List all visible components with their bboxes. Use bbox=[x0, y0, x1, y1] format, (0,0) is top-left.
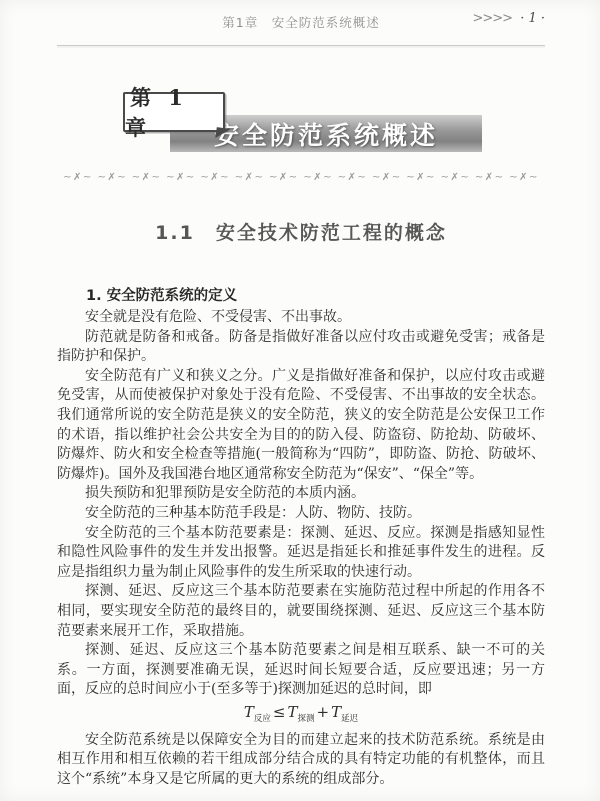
formula-term-reaction: T bbox=[244, 703, 254, 721]
body-paragraph: 防范就是防备和戒备。防备是指做好准备以应付攻击或避免受害；戒备是指防护和保护。 bbox=[57, 328, 545, 367]
chapter-title: 安全防范系统概述 bbox=[214, 116, 438, 152]
page-marker-arrows-icon: >>>> bbox=[472, 11, 512, 26]
book-page: 第1章 安全防范系统概述 >>>> · 1 · 第 1 章 安全防范系统概述 ~… bbox=[0, 0, 600, 801]
chapter-number-label: 第 1 章 bbox=[125, 82, 223, 142]
formula-term-detection: T bbox=[287, 703, 297, 721]
chapter-tab-tail-shape bbox=[215, 127, 230, 140]
formula-relation: ≤ bbox=[273, 703, 286, 721]
page-number: · 1 · bbox=[520, 11, 545, 26]
body-text: 安全就是没有危险、不受侵害、不出事故。 防范就是防备和戒备。防备是指做好准备以应… bbox=[57, 308, 545, 790]
section-title: 1.1 安全技术防范工程的概念 bbox=[57, 218, 545, 245]
running-header-page-marker: >>>> · 1 · bbox=[472, 11, 545, 26]
formula-operator: + bbox=[317, 703, 330, 721]
formula-subscript-reaction: 反应 bbox=[254, 714, 271, 724]
body-paragraph: 安全防范有广义和狭义之分。广义是指做好准备和保护，以应付攻击或避免受害，从而使被… bbox=[57, 367, 545, 485]
body-paragraph: 安全防范的三个基本防范要素是：探测、延迟、反应。探测是指感知显性和隐性风险事件的… bbox=[57, 524, 545, 583]
formula: T反应≤T探测+T延迟 bbox=[57, 702, 545, 730]
body-paragraph: 探测、延迟、反应这三个基本防范要素之间是相互联系、缺一不可的关系。一方面，探测要… bbox=[57, 641, 545, 700]
chapter-number-tab: 第 1 章 bbox=[123, 92, 225, 132]
formula-subscript-detection: 探测 bbox=[298, 714, 315, 724]
subsection-heading: 1. 安全防范系统的定义 bbox=[57, 284, 545, 305]
chapter-heading: 第 1 章 安全防范系统概述 bbox=[57, 90, 545, 154]
formula-term-delay: T bbox=[331, 703, 341, 721]
ornament-divider: ~✗~ ~✗~ ~✗~ ~✗~ ~✗~ ~✗~ ~✗~ ~✗~ ~✗~ ~✗~ … bbox=[37, 172, 565, 183]
body-paragraph: 探测、延迟、反应这三个基本防范要素在实施防范过程中所起的作用各不相同，要实现安全… bbox=[57, 582, 545, 641]
running-header: 第1章 安全防范系统概述 >>>> · 1 · bbox=[57, 0, 545, 46]
body-paragraph: 安全防范的三种基本防范手段是：人防、物防、技防。 bbox=[57, 504, 545, 524]
closing-paragraph: 安全防范系统是以保障安全为目的而建立起来的技术防范系统。系统是由相互作用和相互依… bbox=[57, 731, 545, 790]
body-paragraph: 损失预防和犯罪预防是安全防范的本质内涵。 bbox=[57, 484, 545, 504]
body-paragraph: 安全就是没有危险、不受侵害、不出事故。 bbox=[57, 308, 545, 328]
formula-subscript-delay: 延迟 bbox=[341, 714, 358, 724]
